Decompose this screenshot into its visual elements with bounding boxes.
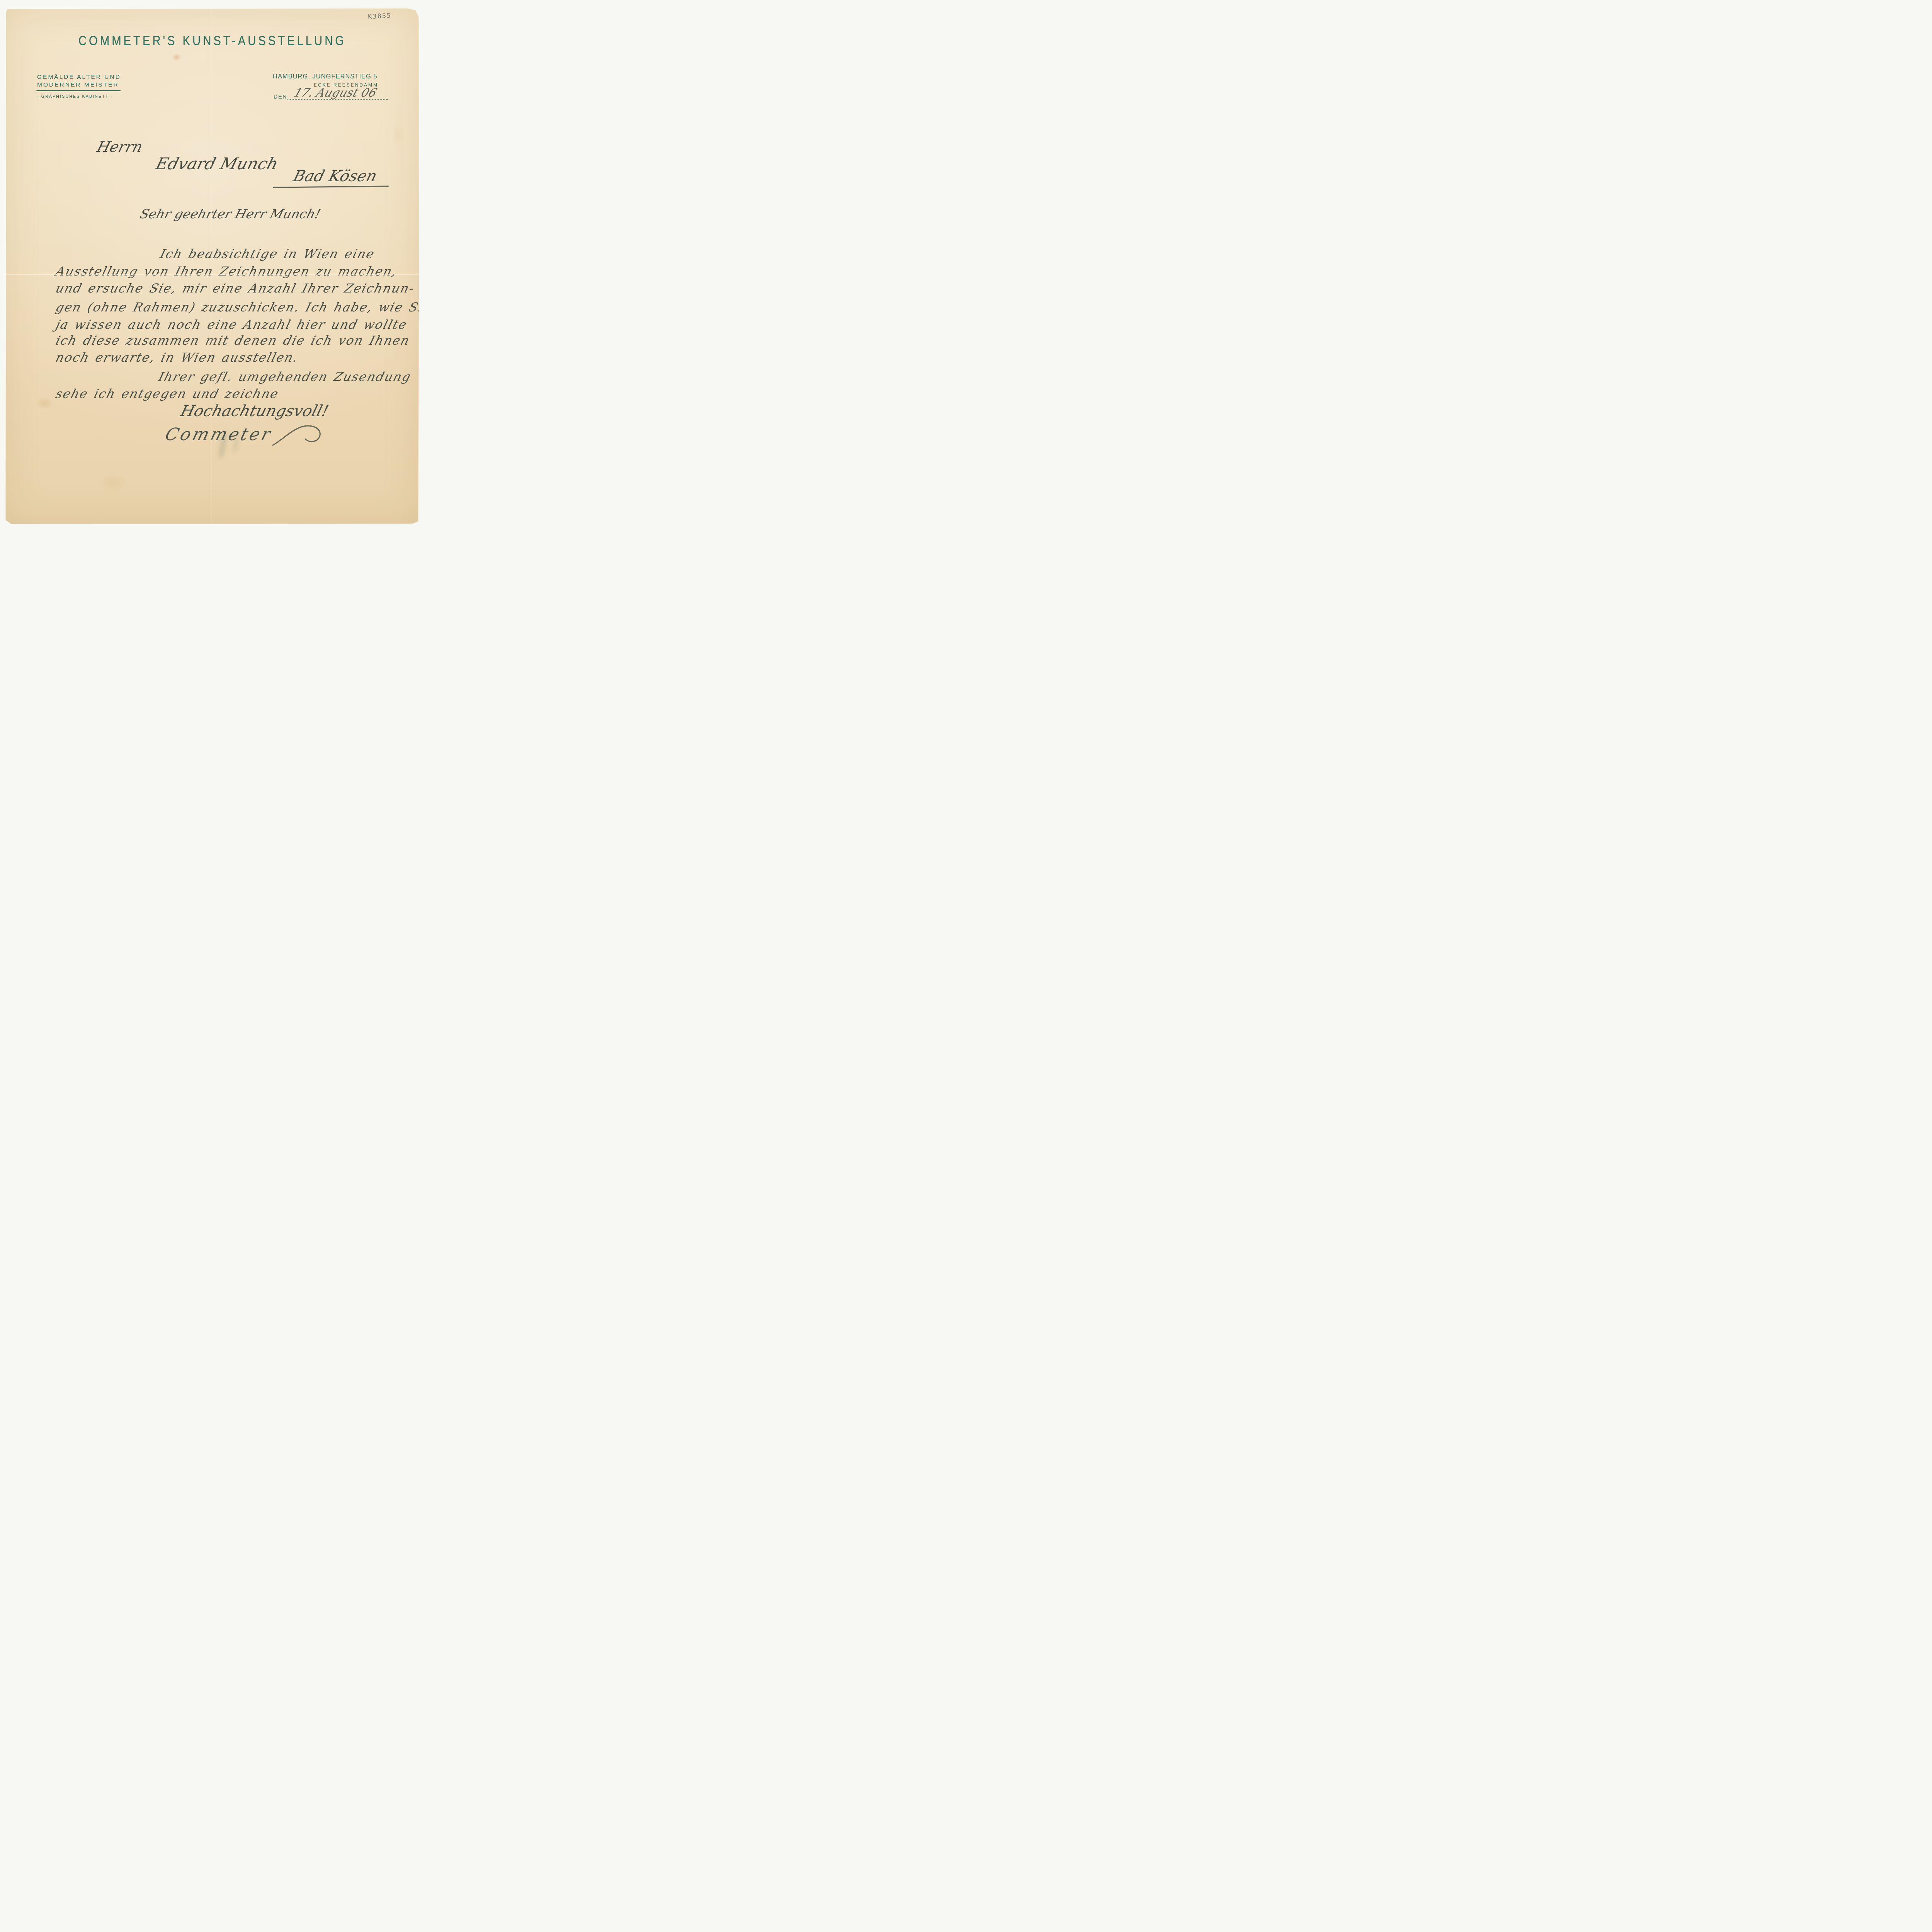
recipient-place: Bad Kösen	[291, 167, 379, 185]
letter-paper: K3855 COMMETER'S KUNST-AUSSTELLUNG GEMÄL…	[5, 9, 419, 524]
letterhead-left-line1: GEMÄLDE ALTER UND	[37, 74, 121, 81]
scan-background: K3855 COMMETER'S KUNST-AUSSTELLUNG GEMÄL…	[0, 0, 423, 548]
letterhead-title-text: COMMETER'S KUNST-AUSSTELLUNG	[78, 33, 346, 49]
horizontal-fold-crease	[5, 273, 419, 275]
recipient-prefix: Herrn	[95, 138, 145, 155]
handwritten-date: 17. August 06	[292, 86, 379, 100]
recipient-place-underline	[273, 185, 389, 188]
body-line: noch erwarte, in Wien ausstellen.	[54, 350, 300, 365]
date-label: DEN	[274, 94, 287, 100]
signature: Commeter	[163, 425, 274, 444]
letterhead-divider-rule	[36, 90, 121, 91]
paper-stain	[392, 122, 405, 146]
recipient-name: Edvard Munch	[154, 154, 280, 173]
letter-closing: Hochachtungsvoll!	[179, 402, 331, 420]
paper-stain	[36, 396, 53, 410]
letterhead-title: COMMETER'S KUNST-AUSSTELLUNG	[5, 33, 419, 49]
body-line: Ausstellung von Ihren Zeichnungen zu mac…	[54, 264, 399, 279]
body-line: ja wissen auch noch eine Anzahl hier und…	[54, 317, 409, 332]
catalog-number: K3855	[368, 12, 392, 20]
body-line: Ich beabsichtige in Wien eine	[158, 247, 376, 261]
signature-flourish-stroke	[271, 423, 325, 451]
vertical-fold-crease	[210, 9, 212, 524]
letter-greeting: Sehr geehrter Herr Munch!	[138, 206, 322, 221]
paper-stain	[172, 53, 182, 61]
body-line: gen (ohne Rahmen) zuzuschicken. Ich habe…	[54, 300, 423, 315]
body-line: sehe ich entgegen und zeichne	[54, 386, 281, 401]
paper-stain	[100, 474, 127, 492]
letterhead-left-line2: MODERNER MEISTER	[37, 82, 119, 88]
letterhead-left-line3: - GRAPHISCHES KABINETT -	[37, 94, 113, 99]
body-line: ich diese zusammen mit denen die ich von…	[54, 333, 412, 348]
body-line: und ersuche Sie, mir eine Anzahl Ihrer Z…	[54, 281, 417, 296]
body-line: Ihrer gefl. umgehenden Zusendung	[157, 369, 413, 384]
letterhead-city-line: HAMBURG, JUNGFERNSTIEG 5	[273, 73, 378, 80]
